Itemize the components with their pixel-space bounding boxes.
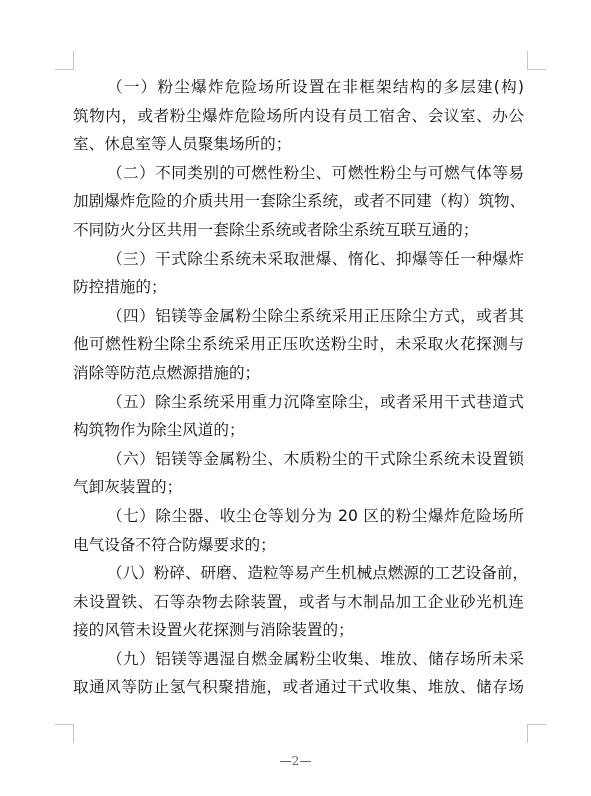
paragraph-item-1: （一）粉尘爆炸危险场所设置在非框架结构的多层建(构) 筑物内，或者粉尘爆炸危险场…	[73, 73, 524, 159]
text-line: 消除等防范点燃源措施的；	[73, 359, 524, 388]
page-number-dash-left	[280, 761, 291, 762]
text-line: （五）除尘系统采用重力沉降室除尘，或者采用干式巷道式	[73, 388, 524, 417]
crop-mark-bottom-right	[527, 724, 546, 743]
crop-mark-top-left	[55, 51, 74, 70]
text-line: 电气设备不符合防爆要求的；	[73, 531, 524, 560]
text-line: （八）粉碎、研磨、造粒等易产生机械点燃源的工艺设备前，	[73, 559, 524, 588]
page-number: 2	[292, 754, 300, 768]
text-line: （九）铝镁等遇湿自燃金属粉尘收集、堆放、储存场所未采	[73, 645, 524, 674]
text-line: （四）铝镁等金属粉尘除尘系统采用正压除尘方式，或者其	[73, 302, 524, 331]
text-line: 不同防火分区共用一套除尘系统或者除尘系统互联互通的；	[73, 216, 524, 245]
text-line: 接的风管未设置火花探测与消除装置的；	[73, 616, 524, 645]
paragraph-item-2: （二）不同类别的可燃性粉尘、可燃性粉尘与可燃气体等易 加剧爆炸危险的介质共用一套…	[73, 159, 524, 245]
document-body: （一）粉尘爆炸危险场所设置在非框架结构的多层建(构) 筑物内，或者粉尘爆炸危险场…	[73, 73, 524, 702]
text-line: 构筑物作为除尘风道的；	[73, 416, 524, 445]
text-line: 筑物内，或者粉尘爆炸危险场所内设有员工宿舍、会议室、办公	[73, 102, 524, 131]
text-line: 未设置铁、石等杂物去除装置，或者与木制品加工企业砂光机连	[73, 588, 524, 617]
text-line: 取通风等防止氢气积聚措施，或者通过干式收集、堆放、储存场	[73, 673, 524, 702]
crop-mark-top-right	[527, 51, 546, 70]
text-line: （七）除尘器、收尘仓等划分为 20 区的粉尘爆炸危险场所	[73, 502, 524, 531]
paragraph-item-3: （三）干式除尘系统未采取泄爆、惰化、抑爆等任一种爆炸 防控措施的；	[73, 245, 524, 302]
page-number-dash-right	[300, 761, 311, 762]
paragraph-item-9: （九）铝镁等遇湿自燃金属粉尘收集、堆放、储存场所未采 取通风等防止氢气积聚措施，…	[73, 645, 524, 702]
text-line: 防控措施的；	[73, 273, 524, 302]
document-page: （一）粉尘爆炸危险场所设置在非框架结构的多层建(构) 筑物内，或者粉尘爆炸危险场…	[0, 0, 591, 796]
text-line: （六）铝镁等金属粉尘、木质粉尘的干式除尘系统未设置锁	[73, 445, 524, 474]
page-number-footer: 2	[0, 754, 591, 768]
text-line: （一）粉尘爆炸危险场所设置在非框架结构的多层建(构)	[73, 73, 524, 102]
crop-mark-bottom-left	[55, 724, 74, 743]
text-line: （三）干式除尘系统未采取泄爆、惰化、抑爆等任一种爆炸	[73, 245, 524, 274]
text-line: 加剧爆炸危险的介质共用一套除尘系统，或者不同建（构）筑物、	[73, 187, 524, 216]
paragraph-item-7: （七）除尘器、收尘仓等划分为 20 区的粉尘爆炸危险场所 电气设备不符合防爆要求…	[73, 502, 524, 559]
text-line: 室、休息室等人员聚集场所的；	[73, 130, 524, 159]
paragraph-item-8: （八）粉碎、研磨、造粒等易产生机械点燃源的工艺设备前， 未设置铁、石等杂物去除装…	[73, 559, 524, 645]
paragraph-item-6: （六）铝镁等金属粉尘、木质粉尘的干式除尘系统未设置锁 气卸灰装置的；	[73, 445, 524, 502]
text-line: 他可燃性粉尘除尘系统采用正压吹送粉尘时，未采取火花探测与	[73, 330, 524, 359]
paragraph-item-4: （四）铝镁等金属粉尘除尘系统采用正压除尘方式，或者其 他可燃性粉尘除尘系统采用正…	[73, 302, 524, 388]
paragraph-item-5: （五）除尘系统采用重力沉降室除尘，或者采用干式巷道式 构筑物作为除尘风道的；	[73, 388, 524, 445]
text-line: （二）不同类别的可燃性粉尘、可燃性粉尘与可燃气体等易	[73, 159, 524, 188]
text-line: 气卸灰装置的；	[73, 473, 524, 502]
